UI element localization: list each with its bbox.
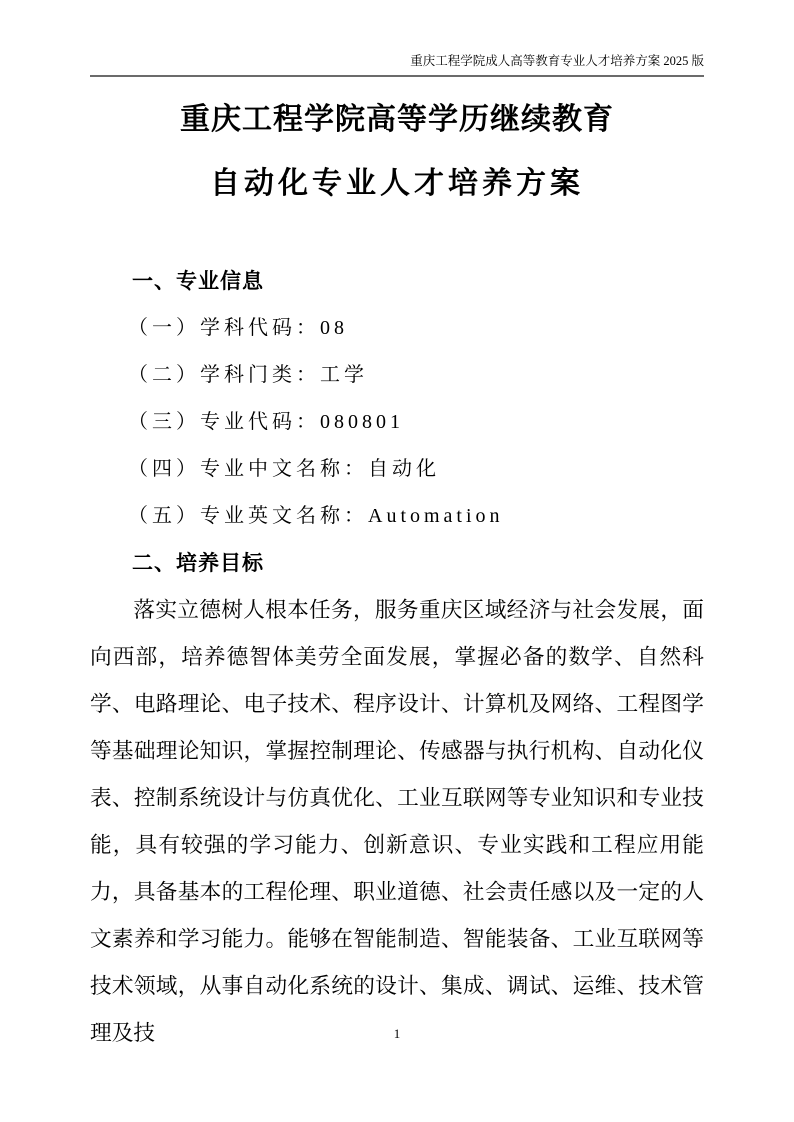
info-item-subject-code: （一）学科代码：08 <box>128 305 704 352</box>
training-goal-paragraph: 落实立德树人根本任务，服务重庆区域经济与社会发展，面向西部，培养德智体美劳全面发… <box>90 587 704 1057</box>
section-heading-major-info: 一、专业信息 <box>132 258 704 305</box>
info-item-major-name-en: （五）专业英文名称：Automation <box>128 493 704 540</box>
document-body: 一、专业信息 （一）学科代码：08 （二）学科门类：工学 （三）专业代码：080… <box>90 258 704 1057</box>
info-item-major-name-cn: （四）专业中文名称：自动化 <box>128 446 704 493</box>
document-title-line2: 自动化专业人才培养方案 <box>0 164 794 204</box>
header-rule <box>90 75 704 77</box>
info-item-subject-category: （二）学科门类：工学 <box>128 352 704 399</box>
page-header: 重庆工程学院成人高等教育专业人才培养方案 2025 版 <box>90 53 704 69</box>
page-footer: 1 <box>0 1026 794 1042</box>
section-heading-training-goal: 二、培养目标 <box>132 540 704 587</box>
document-page: 重庆工程学院成人高等教育专业人才培养方案 2025 版 重庆工程学院高等学历继续… <box>0 0 794 1122</box>
info-item-major-code: （三）专业代码：080801 <box>128 399 704 446</box>
header-text: 重庆工程学院成人高等教育专业人才培养方案 2025 版 <box>410 54 704 68</box>
document-title-line1: 重庆工程学院高等学历继续教育 <box>0 100 794 140</box>
page-number: 1 <box>394 1026 401 1041</box>
